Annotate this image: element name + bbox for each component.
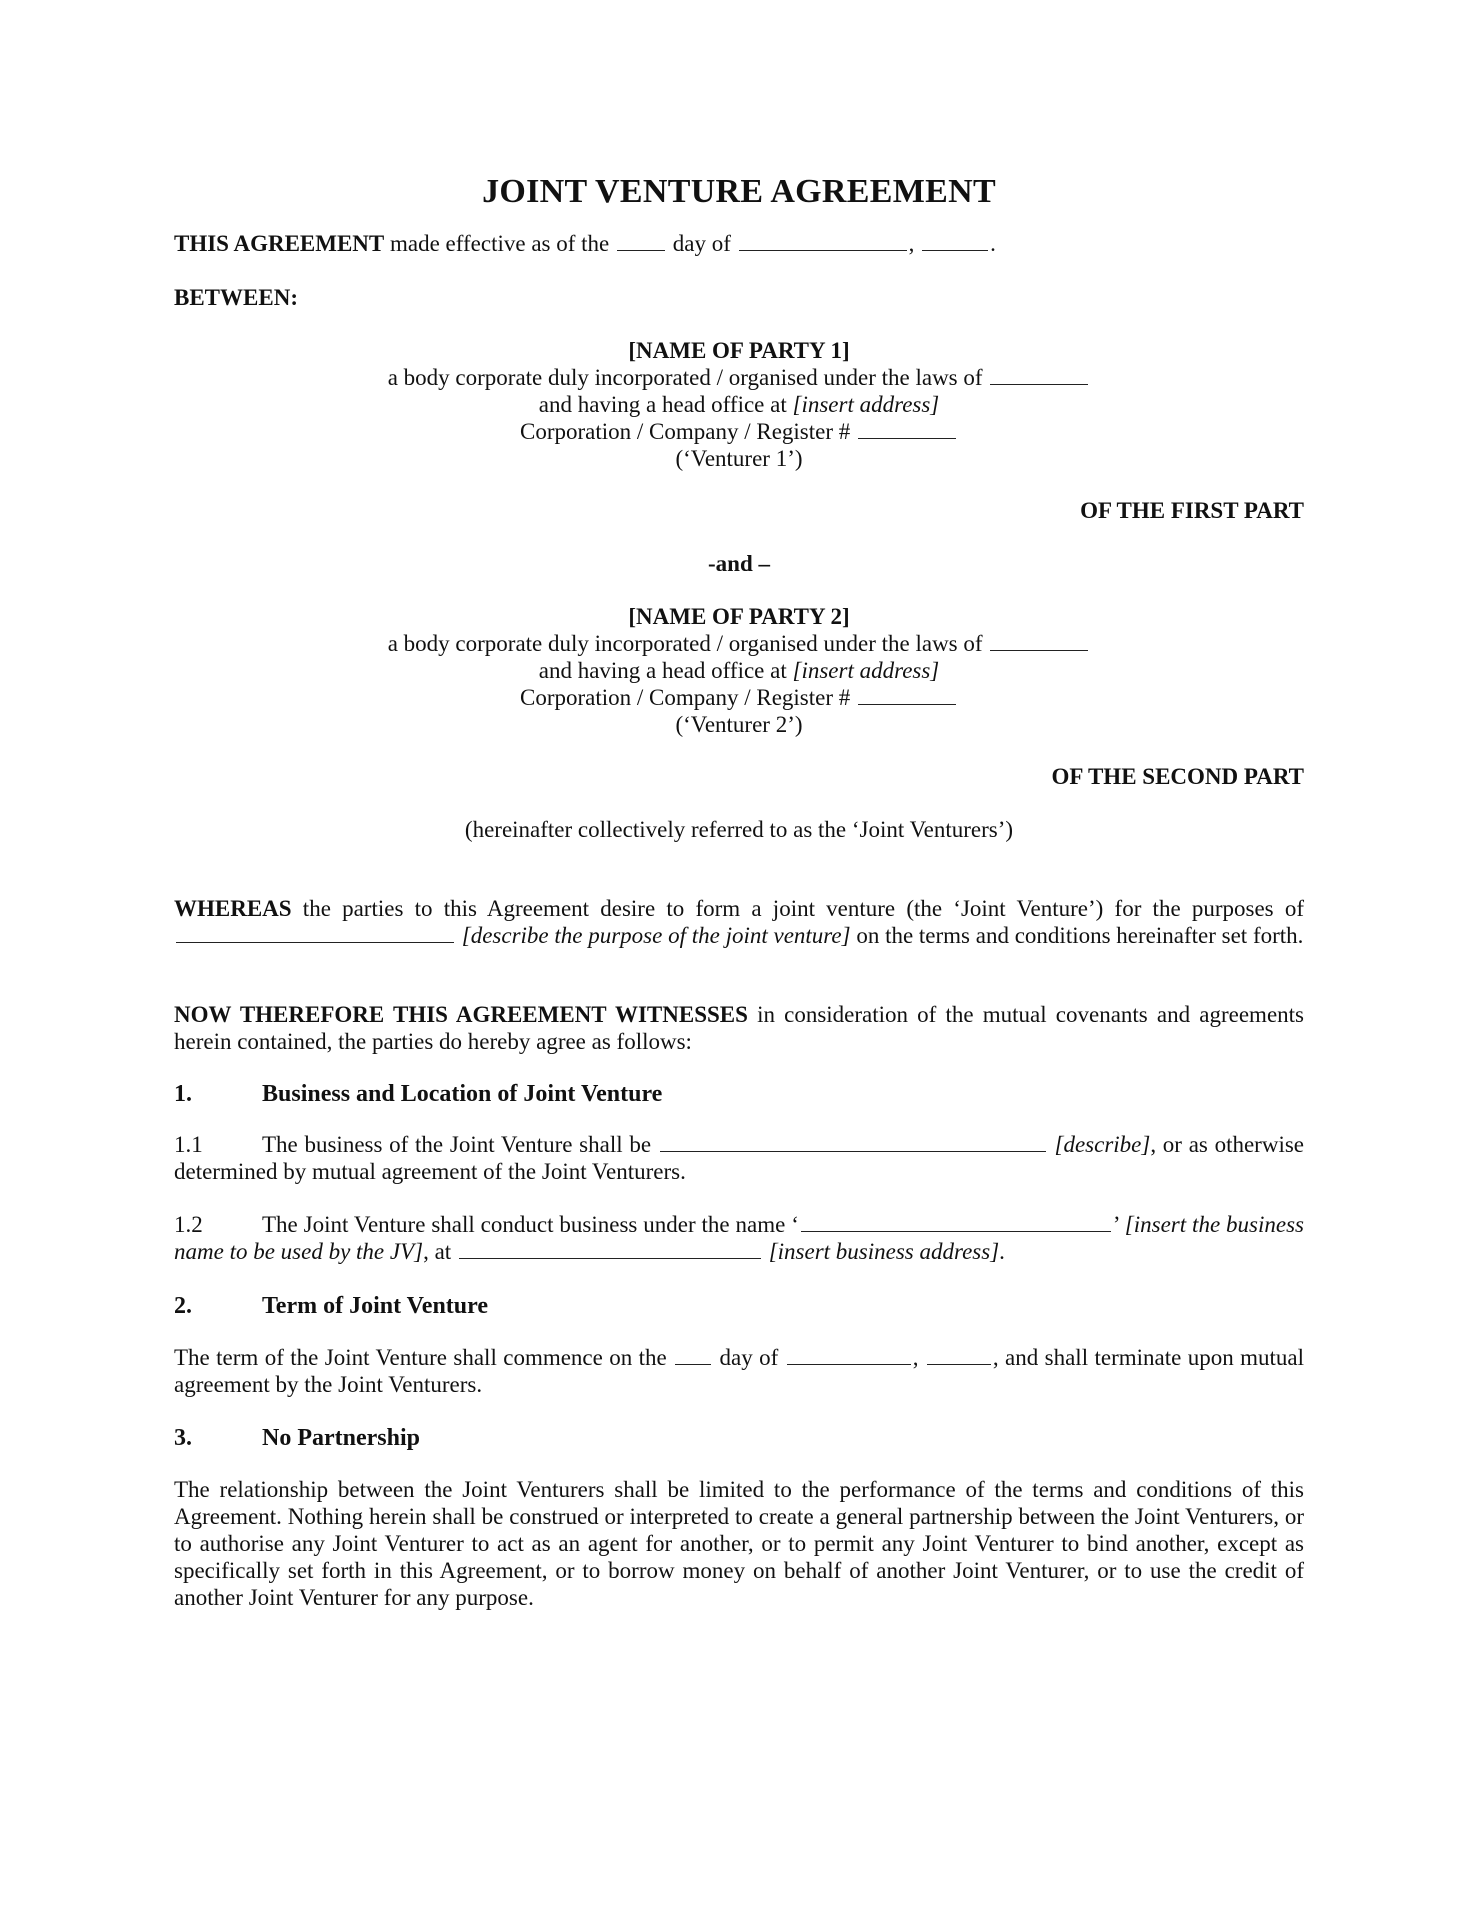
now-therefore-paragraph: NOW THEREFORE THIS AGREEMENT WITNESSES i… — [174, 1001, 1304, 1055]
business-name-blank[interactable] — [801, 1211, 1111, 1232]
business-address-placeholder: [insert business address] — [769, 1239, 999, 1264]
section-2-heading: 2.Term of Joint Venture — [174, 1293, 1304, 1320]
party2-name: [NAME OF PARTY 2] — [174, 603, 1304, 630]
term-year-blank[interactable] — [927, 1344, 991, 1365]
party2-incorporation-line: a body corporate duly incorporated / org… — [174, 630, 1304, 657]
effective-date-line: THIS AGREEMENT made effective as of the … — [174, 230, 1304, 257]
section-2-body: The term of the Joint Venture shall comm… — [174, 1344, 1304, 1398]
party1-address-line: and having a head office at [insert addr… — [174, 391, 1304, 418]
party1-address-placeholder: [insert address] — [793, 392, 940, 417]
clause-1-2: 1.2The Joint Venture shall conduct busin… — [174, 1211, 1304, 1265]
section-1-title: Business and Location of Joint Venture — [262, 1081, 662, 1107]
section-1-heading: 1.Business and Location of Joint Venture — [174, 1081, 1304, 1108]
business-address-blank[interactable] — [459, 1238, 761, 1259]
collective-definition: (hereinafter collectively referred to as… — [174, 816, 1304, 843]
party2-alias: (‘Venturer 2’) — [174, 711, 1304, 738]
party2-register-line: Corporation / Company / Register # — [174, 684, 1304, 711]
party2-block: [NAME OF PARTY 2] a body corporate duly … — [174, 603, 1304, 738]
document-title: JOINT VENTURE AGREEMENT — [174, 172, 1304, 212]
party1-alias: (‘Venturer 1’) — [174, 445, 1304, 472]
whereas-lead: WHEREAS — [174, 896, 292, 921]
section-2-number: 2. — [174, 1293, 262, 1320]
section-3-title: No Partnership — [262, 1425, 420, 1451]
between-label: BETWEEN: — [174, 284, 1304, 311]
now-therefore-lead: NOW THEREFORE THIS AGREEMENT WITNESSES — [174, 1002, 748, 1027]
business-description-blank[interactable] — [660, 1131, 1046, 1152]
describe-placeholder: [describe] — [1055, 1132, 1151, 1157]
section-3-body: The relationship between the Joint Ventu… — [174, 1476, 1304, 1611]
term-day-blank[interactable] — [675, 1344, 711, 1365]
second-part-label: OF THE SECOND PART — [174, 763, 1304, 790]
effective-month-blank[interactable] — [739, 230, 907, 251]
and-separator: -and – — [174, 550, 1304, 577]
purpose-placeholder: [describe the purpose of the joint ventu… — [462, 923, 851, 948]
section-2-title: Term of Joint Venture — [262, 1293, 488, 1319]
whereas-paragraph: WHEREAS the parties to this Agreement de… — [174, 895, 1304, 949]
clause-1-1-number: 1.1 — [174, 1131, 262, 1158]
party2-jurisdiction-blank[interactable] — [990, 630, 1088, 651]
party1-block: [NAME OF PARTY 1] a body corporate duly … — [174, 337, 1304, 472]
clause-1-1: 1.1The business of the Joint Venture sha… — [174, 1131, 1304, 1185]
first-part-label: OF THE FIRST PART — [174, 497, 1304, 524]
clause-1-2-number: 1.2 — [174, 1211, 262, 1238]
party2-address-placeholder: [insert address] — [793, 658, 940, 683]
term-month-blank[interactable] — [787, 1344, 911, 1365]
effective-lead: THIS AGREEMENT — [174, 231, 384, 256]
party1-name: [NAME OF PARTY 1] — [174, 337, 1304, 364]
effective-year-blank[interactable] — [922, 230, 988, 251]
section-1-number: 1. — [174, 1081, 262, 1108]
party2-register-blank[interactable] — [858, 684, 956, 705]
party1-jurisdiction-blank[interactable] — [990, 364, 1088, 385]
purpose-blank[interactable] — [176, 922, 454, 943]
effective-day-blank[interactable] — [617, 230, 665, 251]
party2-address-line: and having a head office at [insert addr… — [174, 657, 1304, 684]
section-3-heading: 3.No Partnership — [174, 1425, 1304, 1452]
party1-register-line: Corporation / Company / Register # — [174, 418, 1304, 445]
party1-incorporation-line: a body corporate duly incorporated / org… — [174, 364, 1304, 391]
section-3-number: 3. — [174, 1425, 262, 1452]
party1-register-blank[interactable] — [858, 418, 956, 439]
